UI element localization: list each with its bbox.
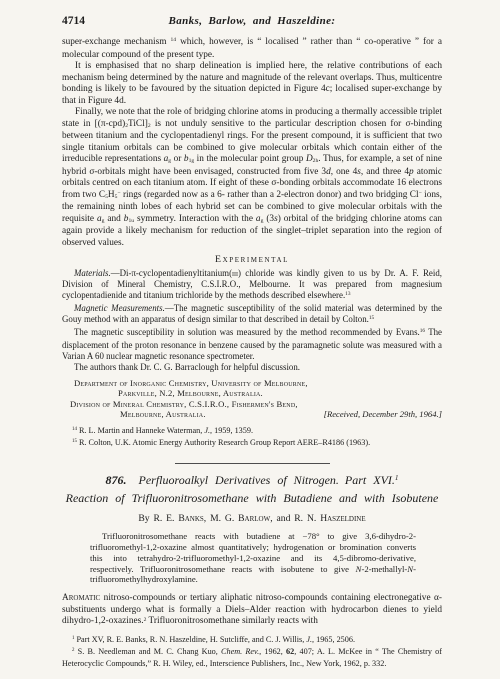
- footnote: 2 S. B. Needleman and M. C. Chang Kuo, C…: [62, 647, 442, 669]
- second-article-body: Aromatic nitroso-compounds or tertiary a…: [62, 593, 442, 629]
- running-head: 4714 Banks, Barlow, and Haszeldine:: [62, 15, 442, 29]
- footnote: 1 Part XV, R. E. Banks, R. N. Haszeldine…: [62, 635, 442, 647]
- paragraph: Materials.—Di-π-cyclopentadienyltitanium…: [62, 268, 442, 303]
- abstract-text: Trifluoronitrosomethane reacts with buta…: [90, 531, 416, 586]
- paragraph: Aromatic nitroso-compounds or tertiary a…: [62, 593, 442, 629]
- received-date: [Received, December 29th, 1964.]: [324, 409, 442, 419]
- address-line: Parkville, N.2, Melbourne, Australia.: [118, 388, 442, 398]
- article-title-line-1: 876. Perfluoroalkyl Derivatives of Nitro…: [62, 473, 442, 490]
- experimental-heading: Experimental: [62, 254, 442, 265]
- abstract: Trifluoronitrosomethane reacts with buta…: [90, 531, 416, 586]
- paragraph: Magnetic Measurements.—The magnetic susc…: [62, 303, 442, 327]
- article-title-line-2: Reaction of Trifluoronitrosomethane with…: [62, 491, 442, 506]
- address-line: Division of Mineral Chemistry, C.S.I.R.O…: [70, 399, 442, 409]
- footnotes-block: 1 Part XV, R. E. Banks, R. N. Haszeldine…: [62, 635, 442, 669]
- address-line: Melbourne, Australia.: [120, 409, 206, 419]
- second-article: 876. Perfluoroalkyl Derivatives of Nitro…: [62, 473, 442, 669]
- footnotes-block: 14 R. L. Martin and Hanneke Waterman, J.…: [62, 426, 442, 450]
- acknowledgement: The authors thank Dr. C. G. Barraclough …: [62, 362, 442, 373]
- article-separator: [175, 463, 330, 464]
- footnote: 14 R. L. Martin and Hanneke Waterman, J.…: [62, 426, 442, 438]
- running-title: Banks, Barlow, and Haszeldine:: [62, 15, 442, 27]
- paragraph: Finally, we note that the role of bridgi…: [62, 107, 442, 249]
- paragraph: super-exchange mechanism 14 which, howev…: [62, 37, 442, 61]
- paragraph: The magnetic susceptibility in solution …: [62, 327, 442, 362]
- first-article-body: super-exchange mechanism 14 which, howev…: [62, 37, 442, 249]
- footnote: 15 R. Colton, U.K. Atomic Energy Authori…: [62, 438, 442, 450]
- address-block: Department of Inorganic Chemistry, Unive…: [62, 378, 442, 420]
- journal-page: 4714 Banks, Barlow, and Haszeldine: supe…: [0, 0, 500, 679]
- address-received-row: Melbourne, Australia. [Received, Decembe…: [62, 409, 442, 419]
- paragraph: It is emphasised that no sharp delineati…: [62, 61, 442, 107]
- byline: By R. E. Banks, M. G. Barlow, and R. N. …: [62, 513, 442, 524]
- address-line: Department of Inorganic Chemistry, Unive…: [74, 378, 442, 388]
- experimental-section: Materials.—Di-π-cyclopentadienyltitanium…: [62, 268, 442, 450]
